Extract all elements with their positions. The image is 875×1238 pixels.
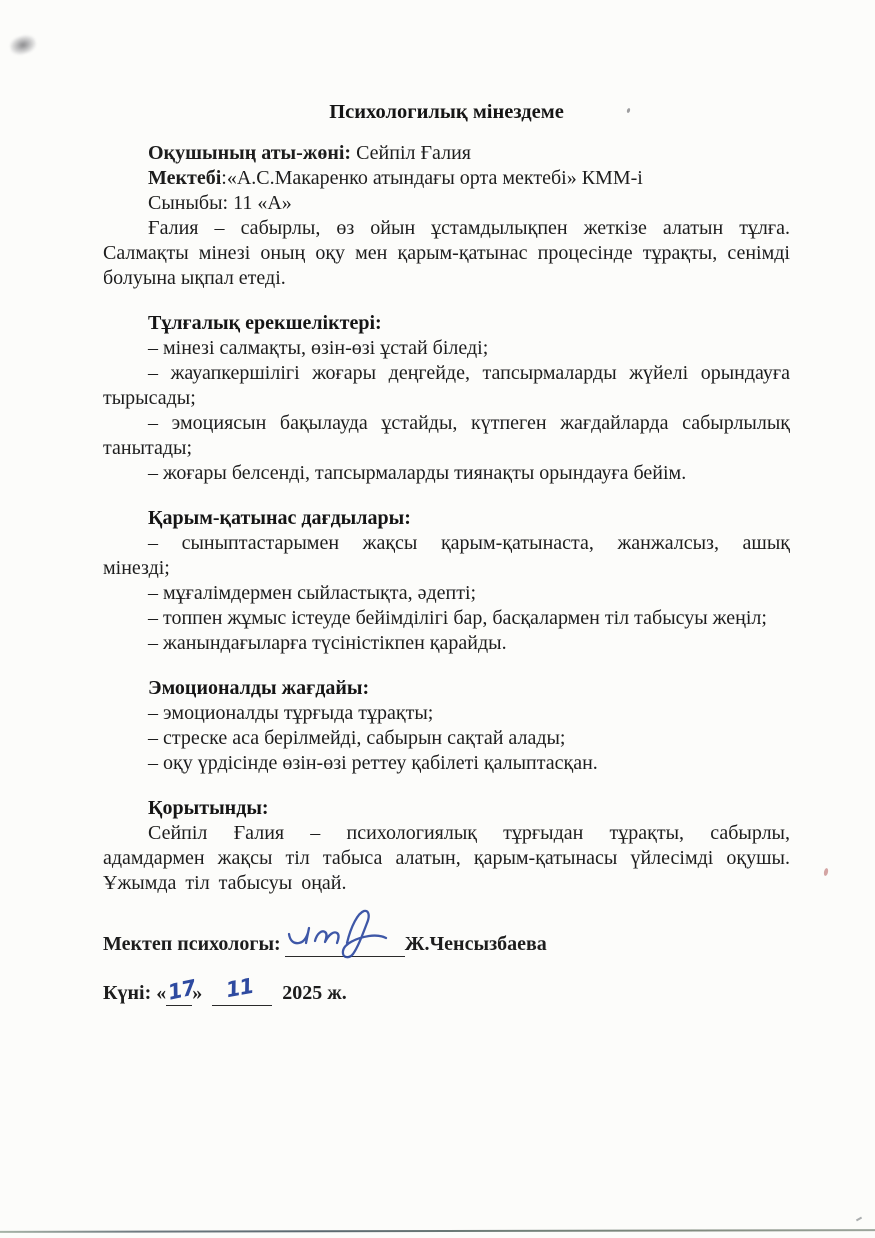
date-day-slot: 17: [166, 982, 192, 1006]
document-title: Психологилық мінездеме: [103, 100, 790, 125]
conclusion-paragraph: Сейпіл Ғалия – психологиялық тұрғыдан тұ…: [103, 821, 790, 896]
list-item: – оқу үрдісінде өзін-өзі реттеу қабілеті…: [103, 751, 790, 776]
student-name-label: Оқушының аты-жөні:: [148, 142, 351, 164]
list-item: – жауапкершілігі жоғары деңгейде, тапсыр…: [103, 361, 790, 411]
intro-paragraph: Ғалия – сабырлы, өз ойын ұстамдылықпен ж…: [103, 216, 790, 291]
scanned-document-page: Психологилық мінездеме Оқушының аты-жөні…: [0, 0, 875, 1238]
handwritten-signature: [279, 904, 419, 962]
class-field: Сыныбы: 11 «А»: [148, 191, 790, 216]
list-item: – эмоциясын бақылауда ұстайды, күтпеген …: [103, 411, 790, 461]
list-item: – мінезі салмақты, өзін-өзі ұстай біледі…: [103, 336, 790, 361]
school-label: Мектебі: [148, 167, 221, 189]
date-month-slot: 11: [212, 982, 272, 1006]
date-label: Күні:: [103, 982, 151, 1004]
student-name-field: Оқушының аты-жөні: Сейпіл Ғалия: [148, 141, 790, 166]
psychologist-signature-line: Мектеп психологы: Ж.Ченсызбаева: [103, 932, 790, 962]
scan-artifact-tick: [856, 1217, 862, 1222]
list-item: – жанындағыларға түсіністікпен қарайды.: [103, 631, 790, 656]
school-value: :«А.С.Макаренко атындағы орта мектебі» К…: [221, 167, 643, 189]
signature-block: Мектеп психологы: Ж.Ченсызбаева Күні: «1…: [103, 932, 790, 1006]
section-heading-communication: Қарым-қатынас дағдылары:: [148, 506, 790, 531]
list-item: – мұғалімдермен сыйластықта, әдепті;: [103, 581, 790, 606]
psychologist-label: Мектеп психологы:: [103, 933, 281, 955]
section-heading-conclusion: Қорытынды:: [148, 796, 790, 821]
open-guillemet: «: [156, 982, 166, 1004]
signature-underline: [285, 932, 405, 957]
class-value: Сыныбы: 11 «А»: [148, 192, 292, 214]
scan-edge-line: [0, 1229, 875, 1233]
scan-artifact-red-mark: [823, 868, 829, 877]
document-content: Психологилық мінездеме Оқушының аты-жөні…: [103, 100, 790, 1006]
list-item: – эмоционалды тұрғыда тұрақты;: [103, 701, 790, 726]
student-name-value: Сейпіл Ғалия: [351, 142, 471, 164]
scan-artifact-smudge: [8, 33, 38, 57]
psychologist-name: Ж.Ченсызбаева: [405, 933, 547, 955]
school-field: Мектебі:«А.С.Макаренко атындағы орта мек…: [148, 166, 790, 191]
date-year: 2025 ж.: [282, 982, 347, 1004]
list-item: – сыныптастарымен жақсы қарым-қатынаста,…: [103, 531, 790, 581]
handwritten-month: 11: [224, 974, 255, 1003]
section-heading-emotional: Эмоционалды жағдайы:: [148, 676, 790, 701]
list-item: – жоғары белсенді, тапсырмаларды тиянақт…: [103, 461, 790, 486]
list-item: – стреске аса берілмейді, сабырын сақтай…: [103, 726, 790, 751]
section-heading-personality: Тұлғалық ерекшеліктері:: [148, 311, 790, 336]
list-item: – топпен жұмыс істеуде бейімділігі бар, …: [103, 606, 790, 631]
date-line: Күні: «17»112025 ж.: [103, 981, 790, 1006]
